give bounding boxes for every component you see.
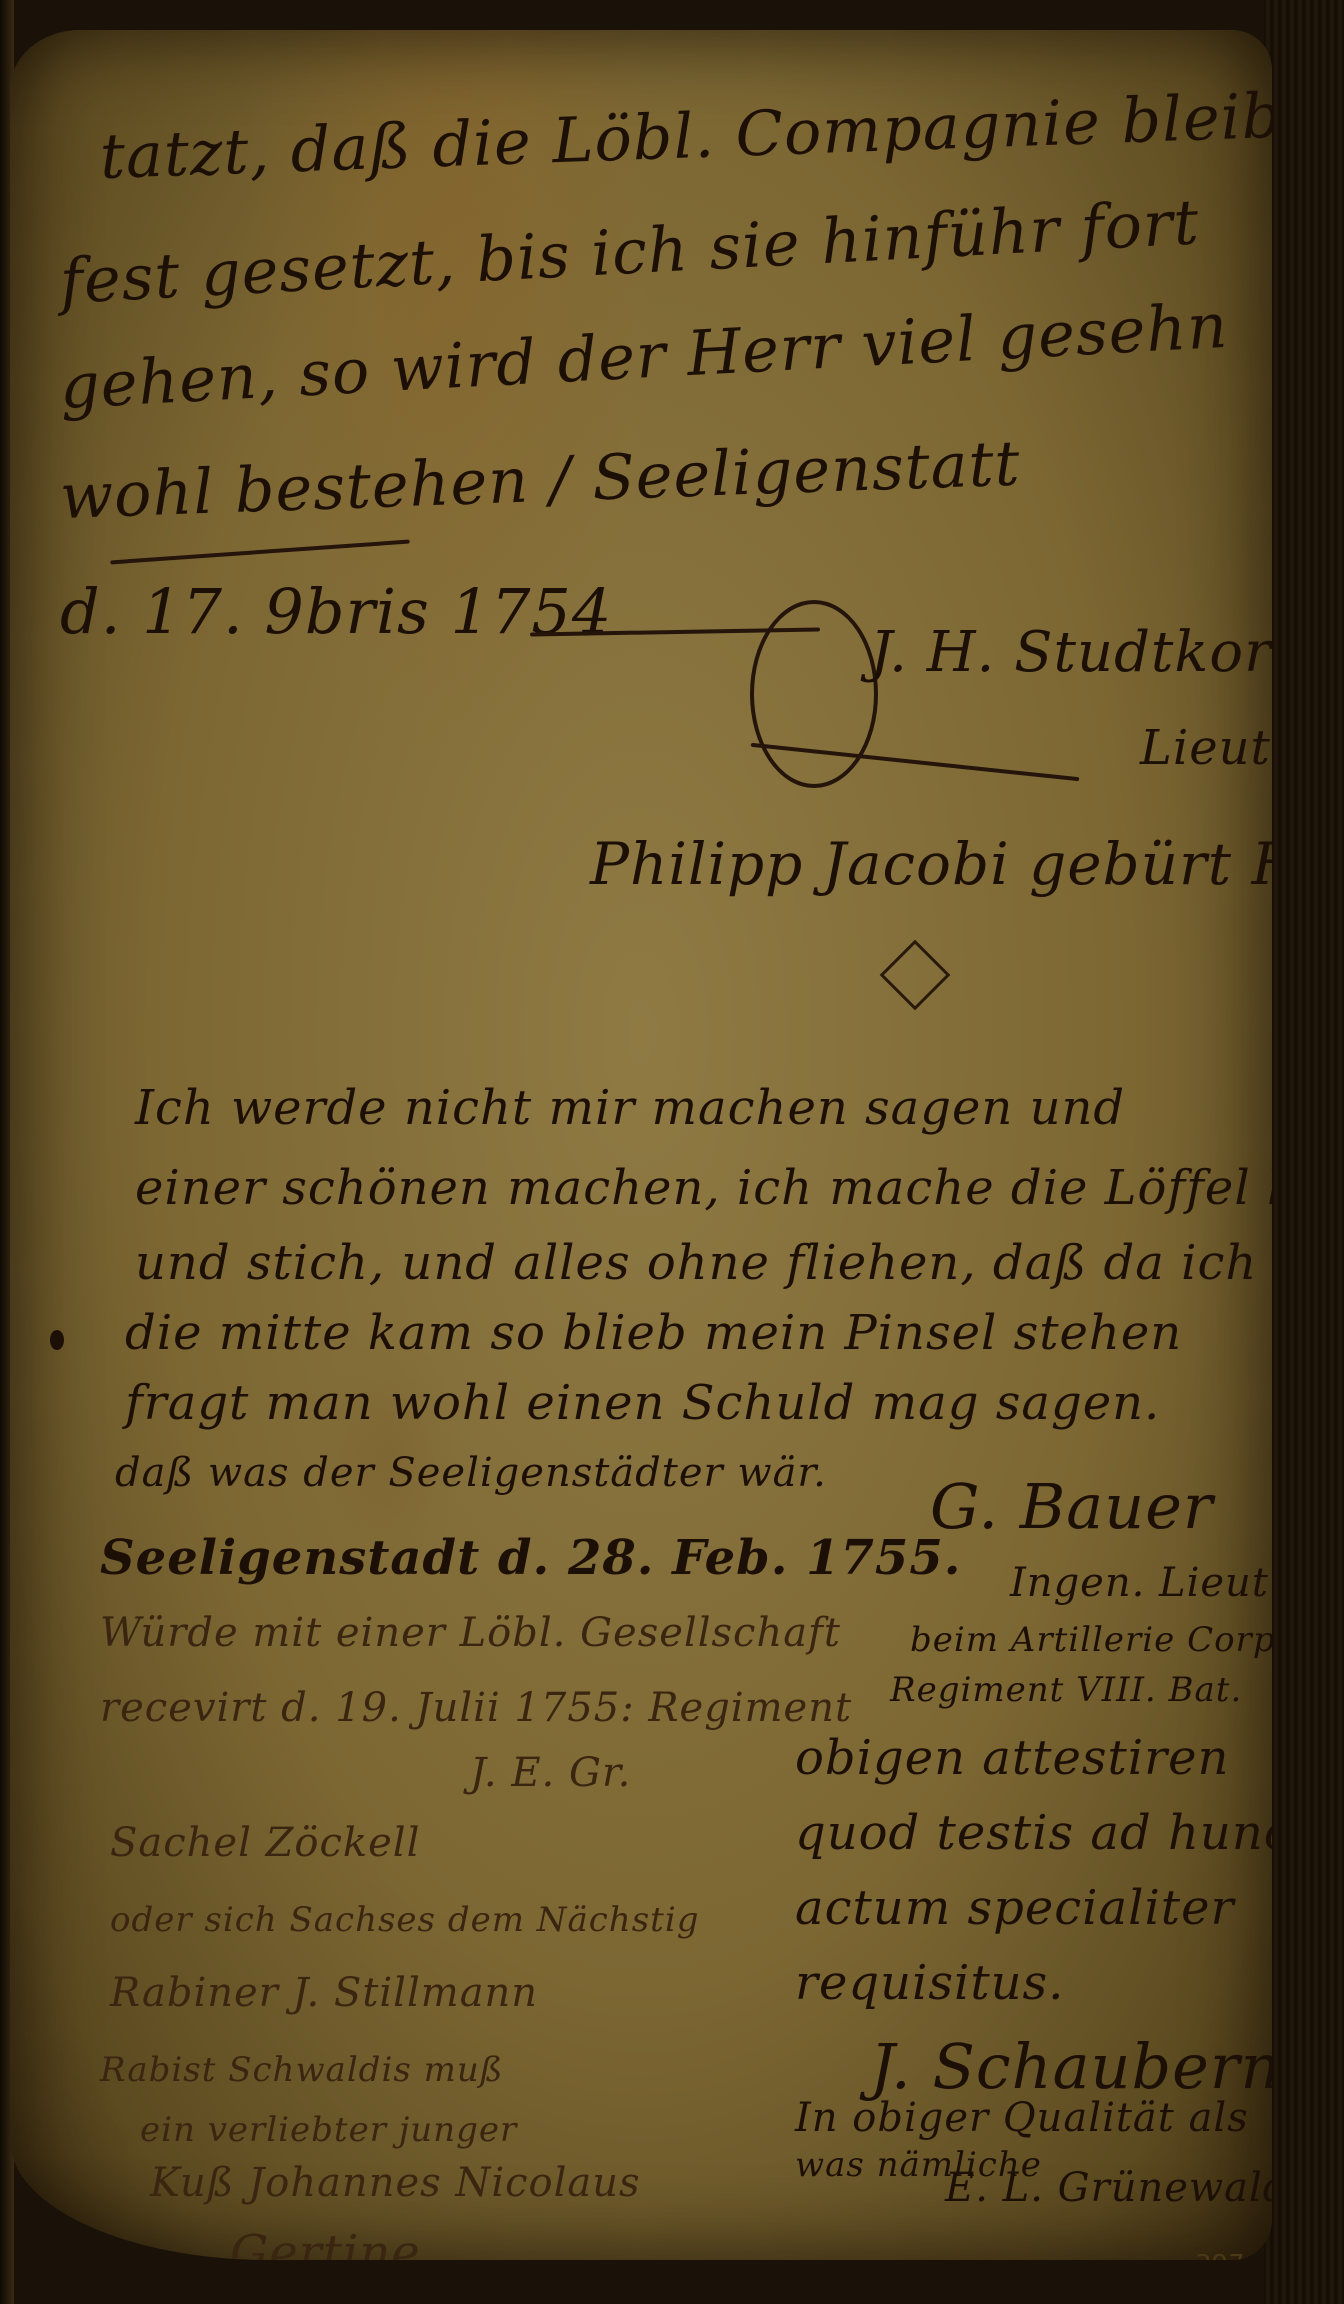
entry3-name-line: Rabiner J. Stillmann: [110, 1970, 538, 2016]
attestation-line: quod testis ad hunc: [795, 1805, 1272, 1861]
entry1-date: d. 17. 9bris 1754: [60, 575, 612, 648]
entry1-line: gehen, so wird der Herr viel gesehn: [58, 289, 1230, 423]
entry3-line: recevirt d. 19. Julii 1755: Regiment: [100, 1685, 852, 1731]
entry2-line: einer schönen machen, ich mache die Löff…: [135, 1160, 1272, 1216]
signature-flourish: [750, 600, 878, 788]
entry3-name-line: Gertine: [230, 2225, 421, 2260]
attestation-line: requisitus.: [795, 1955, 1064, 2011]
entry2-line: die mitte kam so blieb mein Pinsel stehe…: [125, 1305, 1182, 1361]
entry3-name-line: Kuß Johannes Nicolaus: [150, 2160, 641, 2206]
ink-blot: [50, 1330, 64, 1350]
entry2-title-line: Ingen. Lieut.: [1010, 1560, 1272, 1606]
page-number: 397: [1195, 2250, 1245, 2260]
entry1-line: wohl bestehen / Seeligenstatt: [59, 426, 1022, 532]
entry3-name-line: Sachel Zöckell: [110, 1820, 420, 1866]
entry1-line: tatzt, daß die Löbl. Compagnie bleib: [99, 79, 1272, 193]
entry2-heading: Philipp Jacobi gebürt Hag: [590, 830, 1272, 898]
entry2-line: fragt man wohl einen Schuld mag sagen.: [125, 1375, 1160, 1431]
attestation-line: actum specialiter: [795, 1880, 1234, 1936]
entry1-signature-title: Lieut.: [1140, 720, 1272, 776]
entry2-line: Ich werde nicht mir machen sagen und: [135, 1080, 1125, 1136]
entry2-place-date: Seeligenstadt d. 28. Feb. 1755.: [100, 1530, 961, 1586]
underline: [110, 540, 410, 565]
book-page-edges: [1264, 0, 1344, 2304]
attestation-note-line: In obiger Qualität als: [795, 2095, 1249, 2141]
diamond-ornament-icon: [880, 940, 951, 1011]
entry2-title-line: beim Artillerie Corps: [910, 1620, 1272, 1660]
entry3-name-line: oder sich Sachses dem Nächstig: [110, 1900, 699, 1940]
entry3-name-line: Rabist Schwaldis muß: [100, 2050, 503, 2090]
entry3-abbrev: J. E. Gr.: [470, 1750, 631, 1796]
entry1-line: fest gesetzt, bis ich sie hinführ fort: [58, 185, 1201, 318]
entry2-signature: G. Bauer: [930, 1470, 1214, 1543]
entry2-title-line: Regiment VIII. Bat.: [890, 1670, 1242, 1710]
entry3-name-line: ein verliebter junger: [140, 2110, 517, 2150]
attestation-line: obigen attestiren: [795, 1730, 1229, 1786]
entry2-line: und stich, und alles ohne fliehen, daß d…: [135, 1235, 1272, 1291]
second-signature: E. L. Grünewald: [945, 2165, 1272, 2211]
attestation-signature: J. Schaubern: [870, 2030, 1272, 2103]
entry1-signature: J. H. Studtkorn: [870, 620, 1272, 685]
entry2-line: daß was der Seeligenstädter wär.: [115, 1450, 827, 1496]
entry3-line: Würde mit einer Löbl. Gesellschaft: [100, 1610, 841, 1656]
manuscript-page: tatzt, daß die Löbl. Compagnie bleib fes…: [10, 30, 1272, 2260]
